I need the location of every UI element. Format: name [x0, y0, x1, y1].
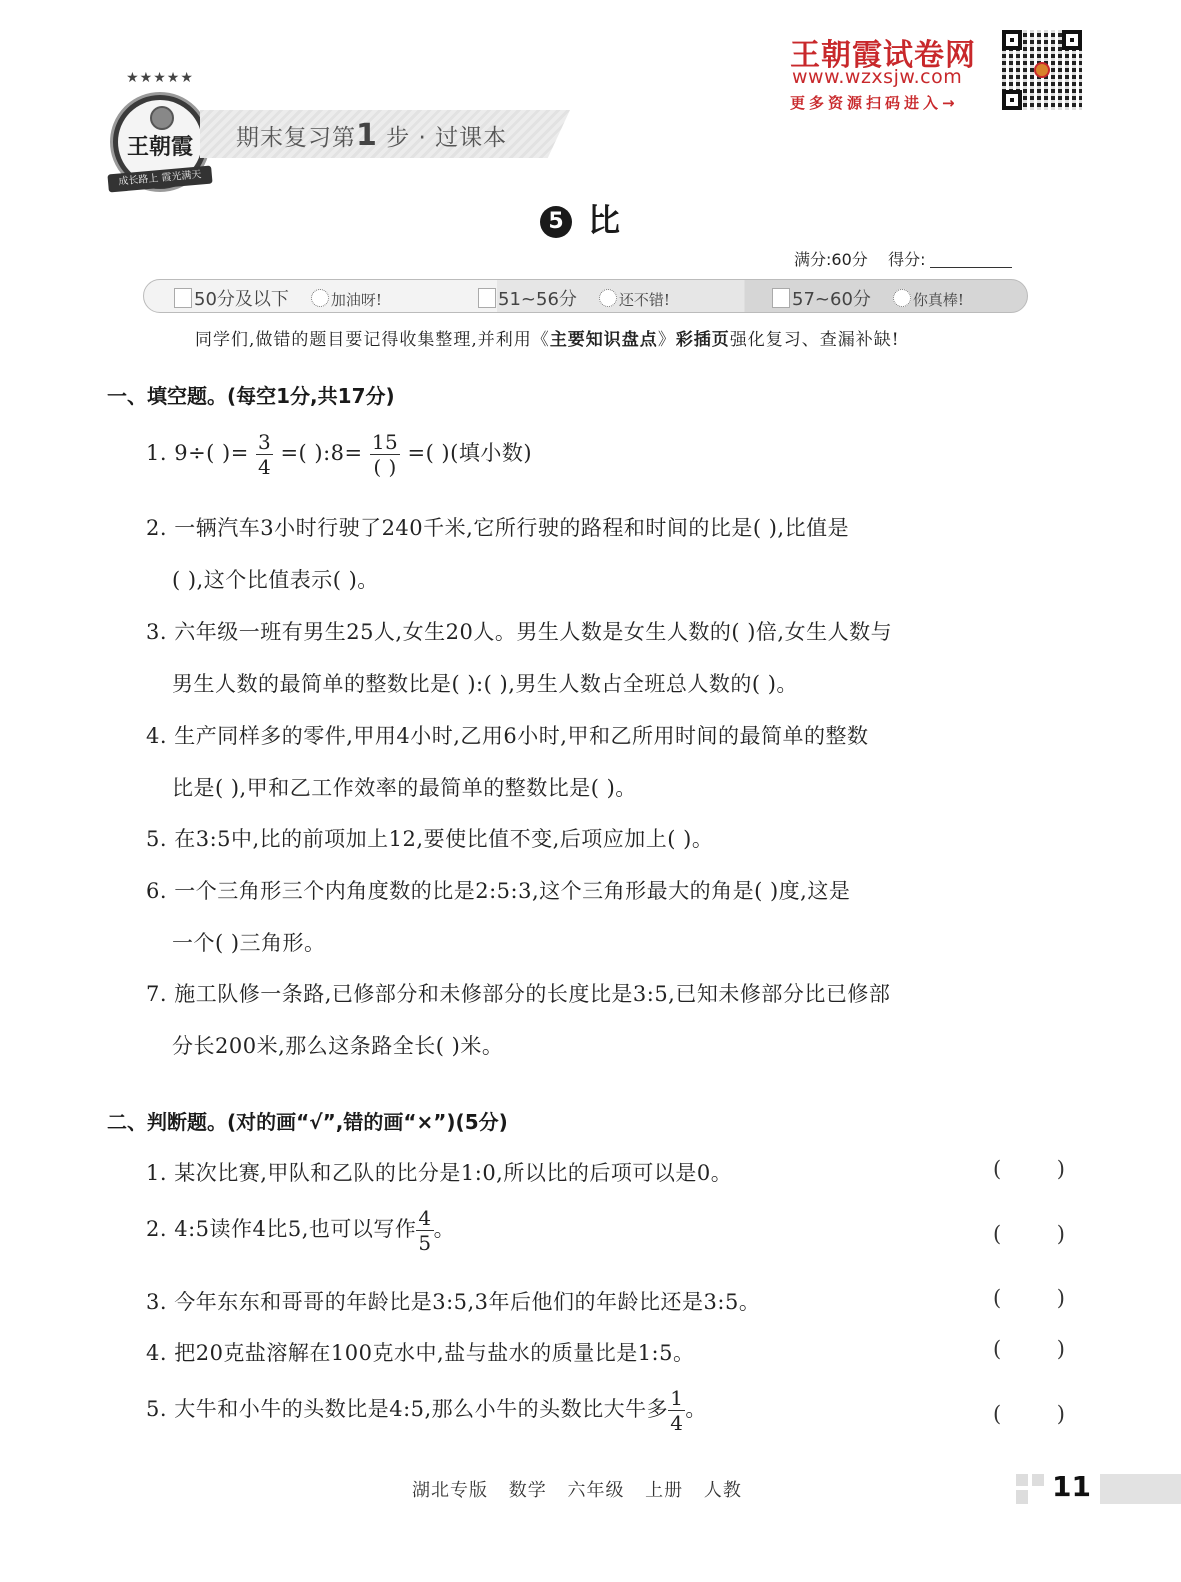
section-heading-true-false: 二、判断题。(对的画“√”,错的画“×”)(5分): [107, 1106, 508, 1135]
answer-bracket[interactable]: (): [993, 1222, 1065, 1246]
face-icon: [311, 289, 329, 307]
question-7-line-1: 7. 施工队修一条路,已修部分和未修部分的长度比是3:5,已知未修部分比已修部: [146, 978, 890, 1008]
judge-item-3: 3. 今年东东和哥哥的年龄比是3:5,3年后他们的年龄比还是3:5。: [146, 1286, 760, 1316]
question-6-line-2: 一个( )三角形。: [172, 927, 326, 957]
full-marks: 满分:60分: [794, 250, 868, 269]
logo-name: 王朝霞: [118, 130, 202, 161]
qr-finder-icon: [1002, 30, 1022, 50]
judge-item-4: 4. 把20克盐溶解在100克水中,盐与盐水的质量比是1:5。: [146, 1337, 695, 1367]
page-decoration: [1016, 1490, 1028, 1504]
checkbox[interactable]: [478, 288, 496, 308]
judge-item-2: 2. 4:5读作4比5,也可以写作45。: [146, 1208, 455, 1253]
self-rating-bar: 50分及以下加油呀! 51~56分还不错! 57~60分你真棒!: [143, 279, 1028, 313]
score-input[interactable]: [930, 253, 1012, 268]
page-title: 5比: [540, 195, 620, 241]
question-7-line-2: 分长200米,那么这条路全长( )米。: [172, 1030, 503, 1060]
unit-title: 比: [588, 201, 620, 239]
site-more-link[interactable]: 更多资源扫码进入→: [790, 92, 959, 113]
question-3-line-1: 3. 六年级一班有男生25人,女生20人。男生人数是女生人数的( )倍,女生人数…: [146, 616, 892, 646]
page-decoration-bar: [1100, 1474, 1181, 1504]
score-label: 得分:: [888, 250, 925, 269]
answer-bracket[interactable]: (): [993, 1337, 1065, 1361]
rating-option[interactable]: 51~56分还不错!: [478, 285, 670, 311]
face-icon: [599, 289, 617, 307]
section-heading-fill-blank: 一、填空题。(每空1分,共17分): [107, 380, 395, 409]
site-url[interactable]: www.wzxsjw.com: [792, 66, 962, 88]
banner-title: 期末复习第1 步 · 过课本: [236, 118, 507, 153]
question-2-line-1: 2. 一辆汽车3小时行驶了240千米,它所行驶的路程和时间的比是( ),比值是: [146, 512, 849, 542]
question-4-line-1: 4. 生产同样多的零件,甲用4小时,乙用6小时,甲和乙所用时间的最简单的整数: [146, 720, 868, 750]
question-6-line-1: 6. 一个三角形三个内角度数的比是2:5:3,这个三角形最大的角是( )度,这是: [146, 875, 850, 905]
review-note: 同学们,做错的题目要记得收集整理,并利用《主要知识盘点》彩插页强化复习、查漏补缺…: [195, 325, 900, 350]
question-3-line-2: 男生人数的最简单的整数比是( ):( ),男生人数占全班总人数的( )。: [172, 668, 798, 698]
qr-code-icon[interactable]: [1002, 30, 1082, 110]
page-decoration: [1016, 1474, 1028, 1486]
portrait-icon: [150, 106, 174, 130]
qr-finder-icon: [1062, 30, 1082, 50]
question-5: 5. 在3:5中,比的前项加上12,要使比值不变,后项应加上( )。: [146, 823, 713, 853]
page-decoration: [1032, 1474, 1044, 1486]
judge-item-1: 1. 某次比赛,甲队和乙队的比分是1:0,所以比的后项可以是0。: [146, 1157, 732, 1187]
answer-bracket[interactable]: (): [993, 1157, 1065, 1181]
question-1: 1. 9÷( )= 34 =( ):8= 15( ) =( )(填小数): [146, 432, 532, 477]
fraction: 45: [416, 1208, 433, 1253]
footer-edition: 湖北专版 数学 六年级 上册 人教: [412, 1476, 742, 1502]
stars-icon: ★★★★★: [106, 70, 214, 86]
score-line: 满分:60分 得分:: [794, 247, 1012, 270]
face-icon: [893, 289, 911, 307]
qr-logo-icon: [1034, 62, 1050, 78]
publisher-logo: ★★★★★ 王朝霞 成长路上 霞光满天: [106, 70, 214, 188]
step-number: 1: [356, 118, 378, 153]
question-2-line-2: ( ),这个比值表示( )。: [172, 564, 379, 594]
fraction: 15( ): [370, 432, 400, 477]
checkbox[interactable]: [174, 288, 192, 308]
answer-bracket[interactable]: (): [993, 1286, 1065, 1310]
question-4-line-2: 比是( ),甲和乙工作效率的最简单的整数比是( )。: [172, 772, 637, 802]
page-number: 11: [1052, 1470, 1091, 1503]
unit-number-badge: 5: [540, 206, 572, 238]
fraction: 34: [256, 432, 273, 477]
checkbox[interactable]: [772, 288, 790, 308]
qr-finder-icon: [1002, 90, 1022, 110]
fraction: 14: [668, 1388, 685, 1433]
rating-option[interactable]: 50分及以下加油呀!: [174, 285, 382, 311]
answer-bracket[interactable]: (): [993, 1402, 1065, 1426]
judge-item-5: 5. 大牛和小牛的头数比是4:5,那么小牛的头数比大牛多14。: [146, 1388, 707, 1433]
rating-option[interactable]: 57~60分你真棒!: [772, 285, 964, 311]
